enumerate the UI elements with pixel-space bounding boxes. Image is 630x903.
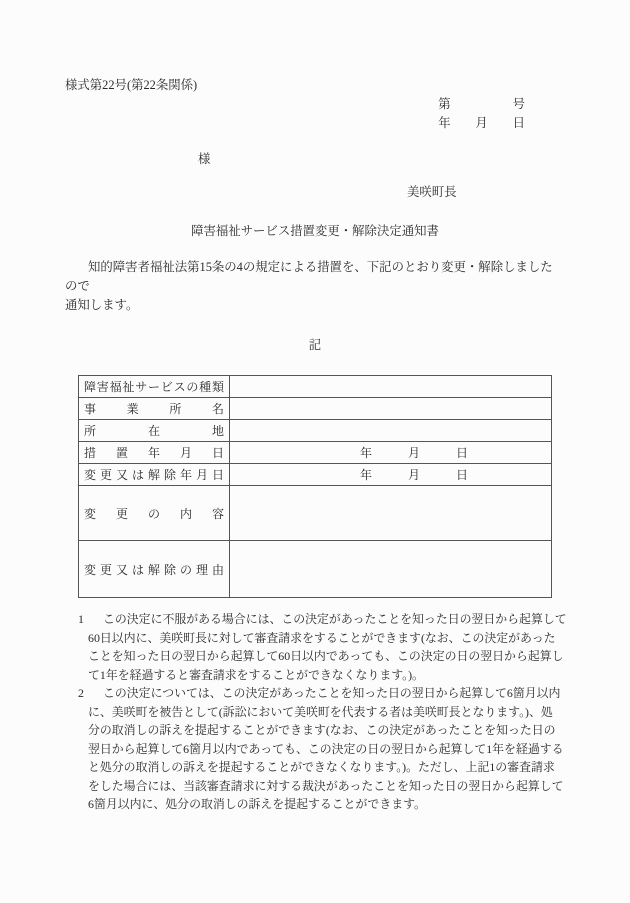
row-label-service-type: 障害福祉サービスの種類	[79, 376, 230, 398]
note-number: 1	[78, 610, 88, 684]
note-text-appeal-request: この決定に不服がある場合には、この決定があったことを知った日の翌日から起算して …	[88, 610, 575, 684]
row-value-location	[230, 420, 552, 442]
appeal-notes: 1 この決定に不服がある場合には、この決定があったことを知った日の翌日から起算し…	[78, 610, 565, 814]
row-label-location: 所在地	[79, 420, 230, 442]
issuer-name: 美咲町長	[407, 183, 565, 202]
form-number: 様式第22号(第22条関係)	[65, 76, 565, 95]
table-row: 変更又は解除の理由	[79, 541, 552, 598]
table-row: 障害福祉サービスの種類	[79, 376, 552, 398]
document-title: 障害福祉サービス措置変更・解除決定通知書	[65, 222, 565, 241]
ki-marker: 記	[65, 336, 565, 355]
row-label-change-date: 変更又は解除年月日	[79, 464, 230, 486]
row-value-service-type	[230, 376, 552, 398]
notification-paragraph: 知的障害者福祉法第15条の4の規定による措置を、下記のとおり変更・解除しましたの…	[65, 258, 565, 315]
note-item-1: 1 この決定に不服がある場合には、この決定があったことを知った日の翌日から起算し…	[78, 610, 565, 684]
document-page: 様式第22号(第22条関係) 第 号 年 月 日 様 美咲町長 障害福祉サービス…	[0, 0, 630, 903]
recipient-honorific: 様	[198, 150, 565, 169]
measure-details-table: 障害福祉サービスの種類 事業所名 所在地 措置年月日 年 月 日 変更又は解除年…	[78, 375, 552, 598]
table-row: 措置年月日 年 月 日	[79, 442, 552, 464]
row-label-change-content: 変更の内容	[79, 486, 230, 541]
row-value-measure-date: 年 月 日	[230, 442, 552, 464]
table-row: 変更の内容	[79, 486, 552, 541]
row-label-office-name: 事業所名	[79, 398, 230, 420]
note-number: 2	[78, 684, 88, 814]
note-text-lawsuit: この決定については、この決定があったことを知った日の翌日から起算して6箇月以内 …	[88, 684, 575, 814]
table-row: 変更又は解除年月日 年 月 日	[79, 464, 552, 486]
row-value-office-name	[230, 398, 552, 420]
row-value-change-date: 年 月 日	[230, 464, 552, 486]
table-row: 所在地	[79, 420, 552, 442]
row-label-change-reason: 変更又は解除の理由	[79, 541, 230, 598]
row-value-change-reason	[230, 541, 552, 598]
row-value-change-content	[230, 486, 552, 541]
table-row: 事業所名	[79, 398, 552, 420]
issue-date-line: 年 月 日	[65, 114, 565, 133]
row-label-measure-date: 措置年月日	[79, 442, 230, 464]
document-number-line: 第 号	[65, 95, 565, 114]
note-item-2: 2 この決定については、この決定があったことを知った日の翌日から起算して6箇月以…	[78, 684, 565, 814]
